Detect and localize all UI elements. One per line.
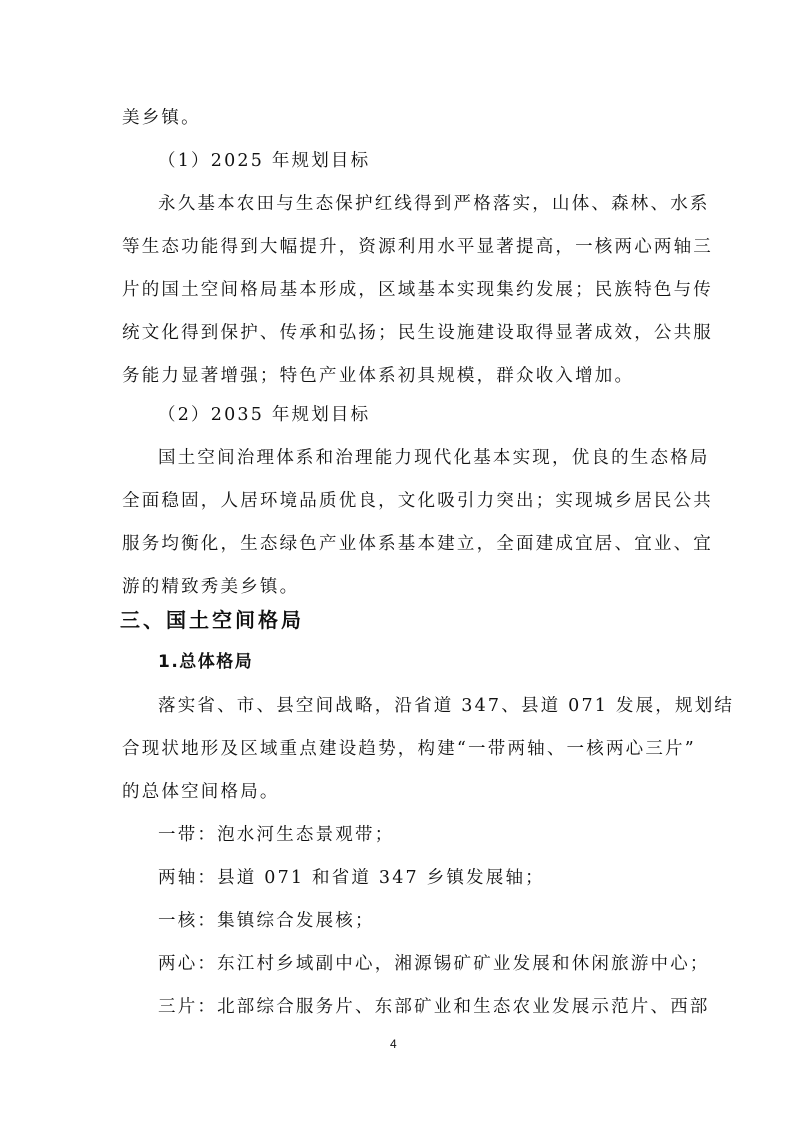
body-line: 统文化得到保护、传承和弘扬；民生设施建设取得显著成效，公共服 bbox=[122, 321, 682, 345]
list-item-one-belt: 一带：泡水河生态景观带； bbox=[158, 823, 718, 847]
body-line: 永久基本农田与生态保护红线得到严格落实，山体、森林、水系 bbox=[158, 192, 718, 216]
body-line: 国土空间治理体系和治理能力现代化基本实现，优良的生态格局 bbox=[158, 446, 718, 470]
list-item-two-centers: 两心：东江村乡域副中心，湘源锡矿矿业发展和休闲旅游中心； bbox=[158, 952, 718, 976]
body-line: 游的精致秀美乡镇。 bbox=[122, 575, 682, 599]
body-line: 片的国土空间格局基本形成，区域基本实现集约发展；民族特色与传 bbox=[122, 278, 682, 302]
document-page: 美乡镇。 （1）2025 年规划目标 永久基本农田与生态保护红线得到严格落实，山… bbox=[0, 0, 793, 1122]
list-item-two-axes: 两轴：县道 071 和省道 347 乡镇发展轴； bbox=[158, 866, 718, 890]
page-number: 4 bbox=[390, 1037, 397, 1051]
subheading-2035-goal: （2）2035 年规划目标 bbox=[158, 403, 718, 427]
body-line: 落实省、市、县空间战略，沿省道 347、县道 071 发展，规划结 bbox=[158, 694, 718, 718]
body-line: 全面稳固，人居环境品质优良，文化吸引力突出；实现城乡居民公共 bbox=[122, 489, 682, 513]
body-line: 等生态功能得到大幅提升，资源利用水平显著提高，一核两心两轴三 bbox=[122, 235, 682, 259]
body-line: 合现状地形及区域重点建设趋势，构建“一带两轴、一核两心三片” bbox=[122, 737, 682, 761]
subheading-2025-goal: （1）2025 年规划目标 bbox=[158, 149, 718, 173]
section-heading: 三、国土空间格局 bbox=[120, 608, 680, 632]
body-line: 服务均衡化，生态绿色产业体系基本建立，全面建成宜居、宜业、宜 bbox=[122, 532, 682, 556]
body-line: 美乡镇。 bbox=[122, 106, 682, 130]
body-line: 的总体空间格局。 bbox=[122, 780, 682, 804]
subsection-heading: 1.总体格局 bbox=[158, 650, 718, 674]
list-item-three-zones: 三片：北部综合服务片、东部矿业和生态农业发展示范片、西部 bbox=[158, 995, 718, 1019]
list-item-one-core: 一核：集镇综合发展核； bbox=[158, 909, 718, 933]
body-line: 务能力显著增强；特色产业体系初具规模，群众收入增加。 bbox=[122, 364, 682, 388]
